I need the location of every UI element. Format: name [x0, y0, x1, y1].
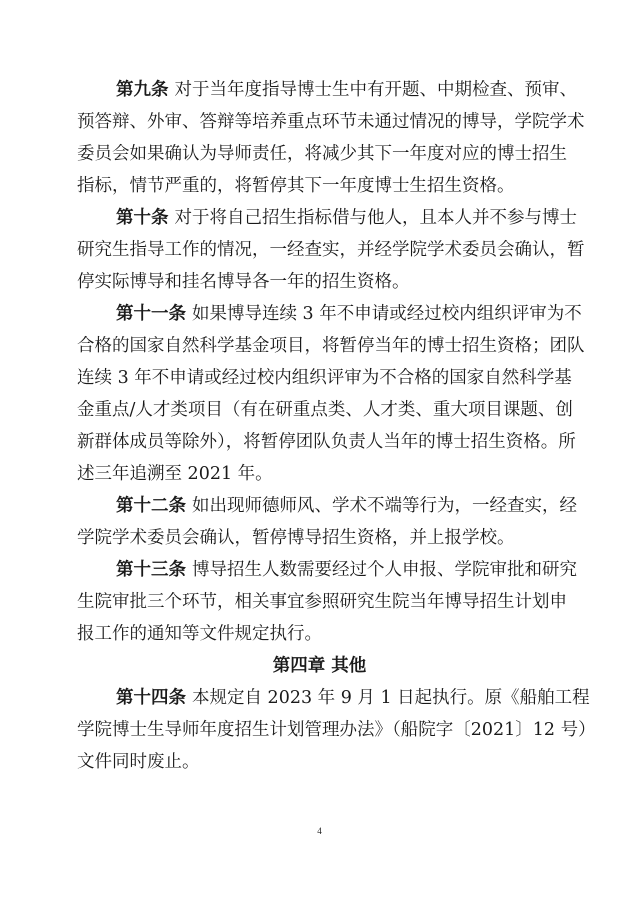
article-12-line-1: 第十二条如出现师德师风、学术不端等行为，一经查实，经	[116, 490, 563, 522]
article-label: 第十条	[116, 208, 169, 228]
article-label: 第十三条	[116, 560, 186, 580]
article-13-line-3: 报工作的通知等文件规定执行。	[77, 618, 563, 650]
article-10-line-3: 停实际博导和挂名博导各一年的招生资格。	[77, 266, 563, 298]
article-13-line-1: 第十三条博导招生人数需要经过个人申报、学院审批和研究	[116, 554, 563, 586]
article-11-line-1: 第十一条如果博导连续 3 年不申请或经过校内组织评审为不	[116, 298, 563, 330]
page-number: 4	[0, 826, 639, 836]
article-label: 第十二条	[116, 496, 186, 516]
article-9-line-2: 预答辩、外审、答辩等培养重点环节未通过情况的博导，学院学术	[77, 106, 563, 138]
article-11-line-6: 述三年追溯至 2021 年。	[77, 458, 563, 490]
article-label: 第十一条	[116, 304, 186, 324]
article-9-line-4: 指标，情节严重的，将暂停其下一年度博士生招生资格。	[77, 170, 563, 202]
article-9-line-3: 委员会如果确认为导师责任，将减少其下一年度对应的博士招生	[77, 138, 563, 170]
article-14-line-1: 第十四条本规定自 2023 年 9 月 1 日起执行。原《船舶工程	[116, 682, 563, 714]
article-14-line-3: 文件同时废止。	[77, 746, 563, 778]
article-11-line-2: 合格的国家自然科学基金项目，将暂停当年的博士招生资格；团队	[77, 330, 563, 362]
article-label: 第九条	[116, 80, 169, 100]
article-label: 第十四条	[116, 688, 186, 708]
article-14-line-2: 学院博士生导师年度招生计划管理办法》（船院字〔2021〕12 号）	[77, 714, 563, 746]
article-13-line-2: 生院审批三个环节，相关事宜参照研究生院当年博导招生计划申	[77, 586, 563, 618]
article-10-line-1: 第十条对于将自己招生指标借与他人，且本人并不参与博士	[116, 202, 563, 234]
article-11-line-3: 连续 3 年不申请或经过校内组织评审为不合格的国家自然科学基	[77, 362, 563, 394]
chapter-heading: 第四章 其他	[0, 650, 639, 682]
article-9-line-1: 第九条对于当年度指导博士生中有开题、中期检查、预审、	[116, 74, 563, 106]
article-11-line-4: 金重点/人才类项目（有在研重点类、人才类、重大项目课题、创	[77, 394, 563, 426]
article-11-line-5: 新群体成员等除外），将暂停团队负责人当年的博士招生资格。所	[77, 426, 563, 458]
document-page: 第九条对于当年度指导博士生中有开题、中期检查、预审、 预答辩、外审、答辩等培养重…	[0, 0, 639, 903]
article-12-line-2: 学院学术委员会确认，暂停博导招生资格，并上报学校。	[77, 522, 563, 554]
article-10-line-2: 研究生指导工作的情况，一经查实，并经学院学术委员会确认，暂	[77, 234, 563, 266]
